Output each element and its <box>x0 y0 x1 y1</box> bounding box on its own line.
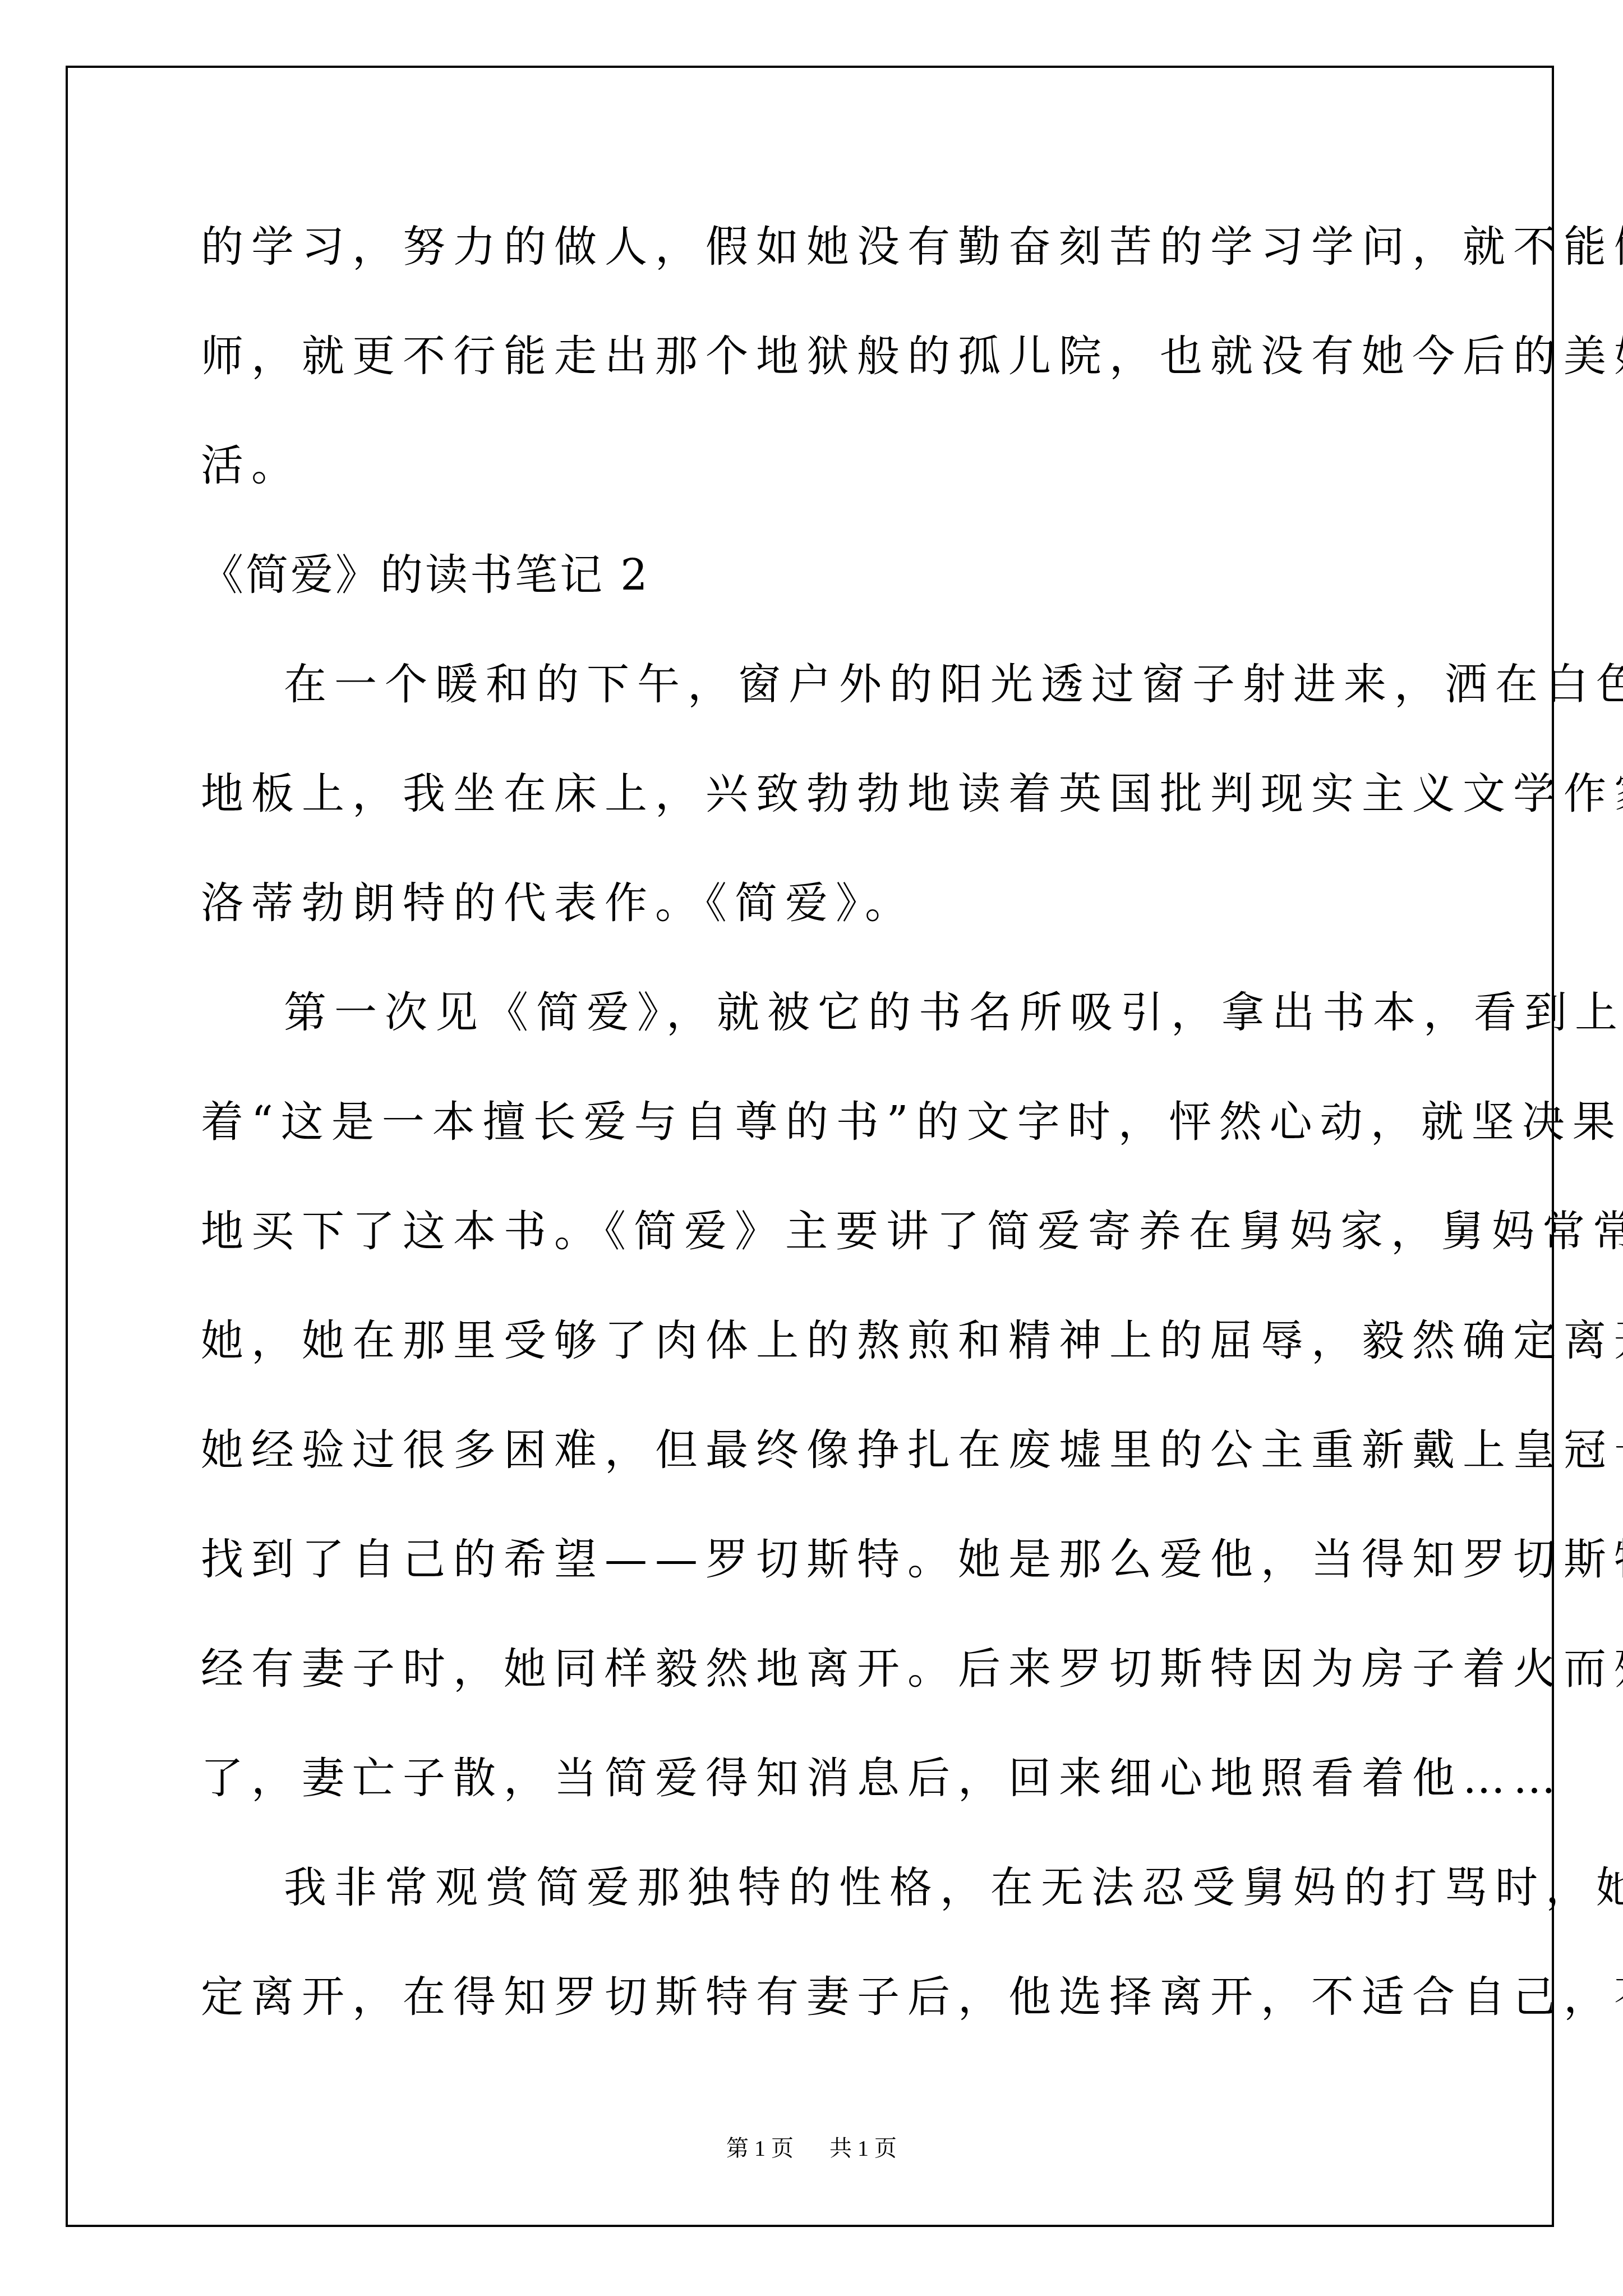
page-footer: 第 1 页共 1 页 <box>0 2132 1623 2165</box>
body-line: 活。 <box>201 435 1429 544</box>
body-line: 洛蒂勃朗特的代表作。《简爱》。 <box>201 872 1429 982</box>
current-page-label: 第 1 页 <box>726 2136 794 2161</box>
body-line: 师，就更不行能走出那个地狱般的孤儿院，也就没有她今后的美妙生 <box>201 325 1429 435</box>
paragraph-first-line: 第一次见《简爱》，就被它的书名所吸引，拿出书本，看到上面写 <box>201 982 1429 1091</box>
body-line: 了，妻亡子散，当简爱得知消息后，回来细心地照看着他…… <box>201 1747 1429 1857</box>
paragraph-first-line: 我非常观赏简爱那独特的性格，在无法忍受舅妈的打骂时，她确 <box>201 1857 1429 1966</box>
body-line: 地买下了这本书。《简爱》主要讲了简爱寄养在舅妈家，舅妈常常打骂 <box>201 1200 1429 1310</box>
body-line: 她，她在那里受够了肉体上的熬煎和精神上的屈辱，毅然确定离开。 <box>201 1310 1429 1419</box>
body-line: 地板上，我坐在床上，兴致勃勃地读着英国批判现实主义文学作家夏 <box>201 763 1429 872</box>
total-pages-label: 共 1 页 <box>829 2136 897 2161</box>
paragraph-first-line: 在一个暖和的下午，窗户外的阳光透过窗子射进来，洒在白色的 <box>201 654 1429 763</box>
body-line: 她经验过很多困难，但最终像挣扎在废墟里的公主重新戴上皇冠一样， <box>201 1419 1429 1529</box>
body-line: 经有妻子时，她同样毅然地离开。后来罗切斯特因为房子着火而残废 <box>201 1638 1429 1747</box>
body-line: 定离开，在得知罗切斯特有妻子后，他选择离开，不适合自己，不属 <box>201 1966 1429 2076</box>
body-line: 的学习，努力的做人，假如她没有勤奋刻苦的学习学问，就不能做老 <box>201 216 1429 325</box>
document-body: 的学习，努力的做人，假如她没有勤奋刻苦的学习学问，就不能做老 师，就更不行能走出… <box>201 216 1429 2076</box>
section-heading: 《简爱》的读书笔记 2 <box>201 544 1429 654</box>
body-line: 着“这是一本擅长爱与自尊的书”的文字时，怦然心动，就坚决果断 <box>201 1091 1429 1200</box>
body-line: 找到了自己的希望——罗切斯特。她是那么爱他，当得知罗切斯特已 <box>201 1529 1429 1638</box>
